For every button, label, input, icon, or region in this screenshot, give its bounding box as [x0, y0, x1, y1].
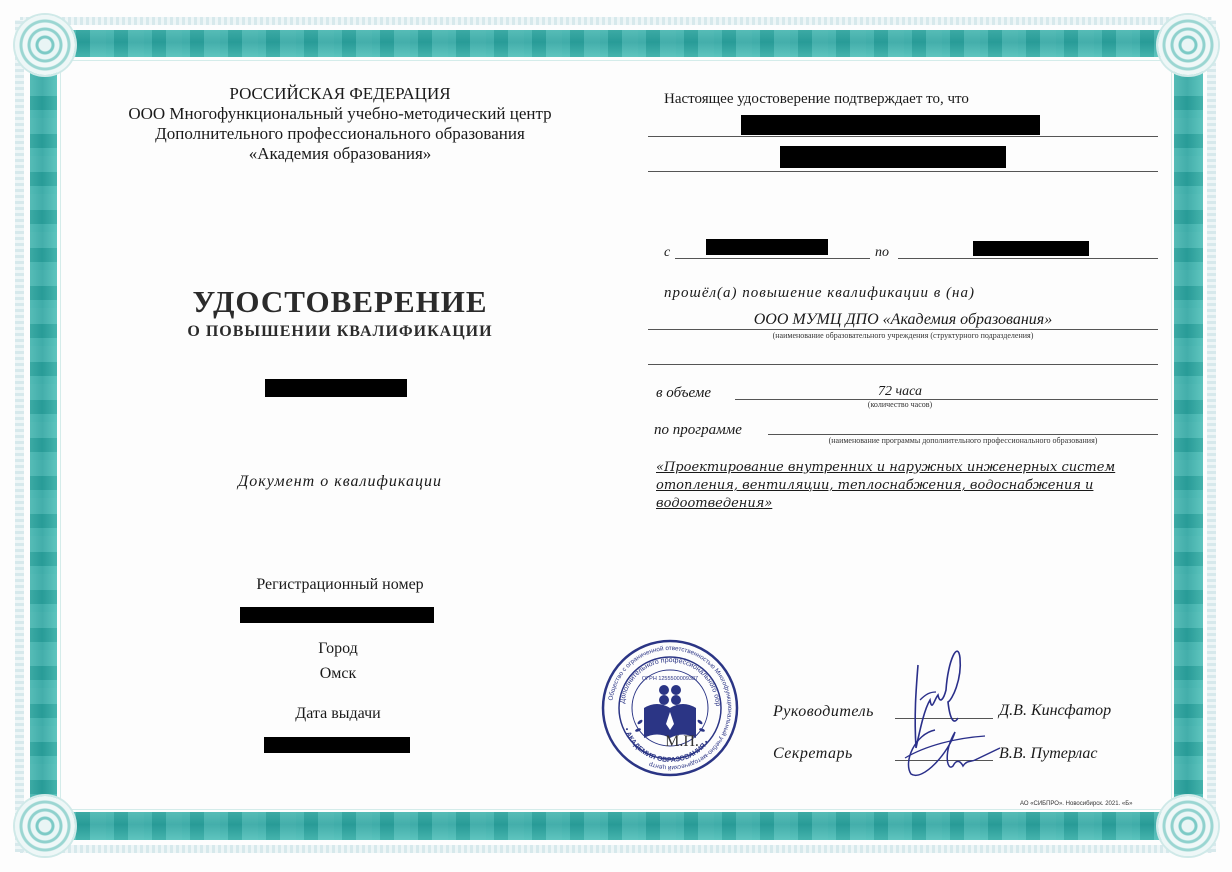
city-value: Омск: [240, 665, 436, 683]
org-name-line2: Дополнительного профессионального образо…: [100, 124, 580, 144]
corner-rosette-icon: [1158, 796, 1218, 856]
signature-role-secretary: Секретарь: [773, 745, 853, 763]
border-dots-right: [1207, 20, 1216, 852]
name-rule-1: [648, 136, 1158, 137]
corner-rosette-icon: [15, 796, 75, 856]
redacted-given-name: [780, 146, 1006, 168]
to-date-rule: [898, 258, 1158, 259]
volume-value: 72 часа: [735, 384, 1065, 400]
to-label: по: [875, 245, 889, 261]
border-band-right: [1174, 30, 1203, 840]
redacted-to-date: [973, 241, 1089, 256]
name-rule-2: [648, 171, 1158, 172]
program-caption: (наименование программы дополнительного …: [768, 436, 1158, 445]
program-name: «Проектирование внутренних и наружных ин…: [656, 459, 1115, 513]
redacted-number: [265, 379, 407, 397]
secretary-signature-icon: [895, 722, 1005, 784]
redacted-surname: [741, 115, 1040, 135]
city-label: Город: [240, 640, 436, 658]
program-name-line1: «Проектирование внутренних и наружных ин…: [656, 459, 1115, 477]
document-type: Документ о квалификации: [180, 473, 500, 491]
reg-number-label: Регистрационный номер: [200, 576, 480, 594]
redacted-from-date: [706, 239, 828, 255]
program-rule: [768, 434, 1158, 435]
svg-text:ОГРН 1255500009387: ОГРН 1255500009387: [642, 676, 698, 682]
program-name-line3: водоотведения»: [656, 495, 1115, 513]
from-date-rule: [675, 258, 870, 259]
intro-text: Настоящее удостоверение подтверждает то,…: [664, 91, 969, 108]
redacted-reg-number: [240, 607, 434, 623]
corner-rosette-icon: [15, 15, 75, 75]
institution-name: ООО МУМЦ ДПО «Академия образования»: [648, 311, 1158, 329]
certificate-subtitle: О ПОВЫШЕНИИ КВАЛИФИКАЦИИ: [180, 323, 500, 341]
border-dots-top: [20, 17, 1212, 25]
signature-name-secretary: В.В. Путерлас: [999, 745, 1098, 763]
printer-note: АО «СИБПРО». Новосибирск. 2021. «Б»: [1020, 801, 1133, 807]
institution-caption: (наименование образовательного учреждени…: [648, 331, 1158, 340]
from-label: с: [664, 245, 670, 261]
border-band-top: [30, 30, 1202, 57]
org-name-line3: «Академия образования»: [100, 144, 580, 164]
volume-label: в объеме: [656, 385, 711, 402]
institution-rule-2: [648, 364, 1158, 365]
volume-caption: (количество часов): [735, 400, 1065, 409]
signature-role-director: Руководитель: [773, 703, 874, 721]
redacted-issue-date: [264, 737, 410, 753]
official-stamp: Общество с ограниченной ответственностью…: [600, 638, 740, 778]
stamp-seal-icon: Общество с ограниченной ответственностью…: [600, 638, 740, 778]
certificate-title: УДОСТОВЕРЕНИЕ: [180, 284, 500, 320]
signature-name-director: Д.В. Кинсфатор: [999, 702, 1111, 720]
org-name-line1: ООО Многофункциональный учебно-методичес…: [100, 104, 580, 124]
issue-date-label: Дата выдачи: [240, 705, 436, 723]
program-name-line2: отопления, вентиляции, теплоснабжения, в…: [656, 477, 1115, 495]
program-label: по программе: [654, 422, 742, 439]
institution-rule: [648, 329, 1158, 330]
country-name: РОССИЙСКАЯ ФЕДЕРАЦИЯ: [100, 84, 580, 104]
issuer-header: РОССИЙСКАЯ ФЕДЕРАЦИЯ ООО Многофункционал…: [100, 84, 580, 164]
border-dots-left: [15, 20, 24, 852]
border-dots-bottom: [20, 845, 1212, 853]
border-band-bottom: [30, 812, 1202, 840]
passed-label: прошёл(а) повышение квалификации в (на): [664, 285, 975, 302]
border-band-left: [30, 30, 57, 840]
corner-rosette-icon: [1158, 15, 1218, 75]
svg-text:М.П.: М.П.: [665, 733, 699, 750]
